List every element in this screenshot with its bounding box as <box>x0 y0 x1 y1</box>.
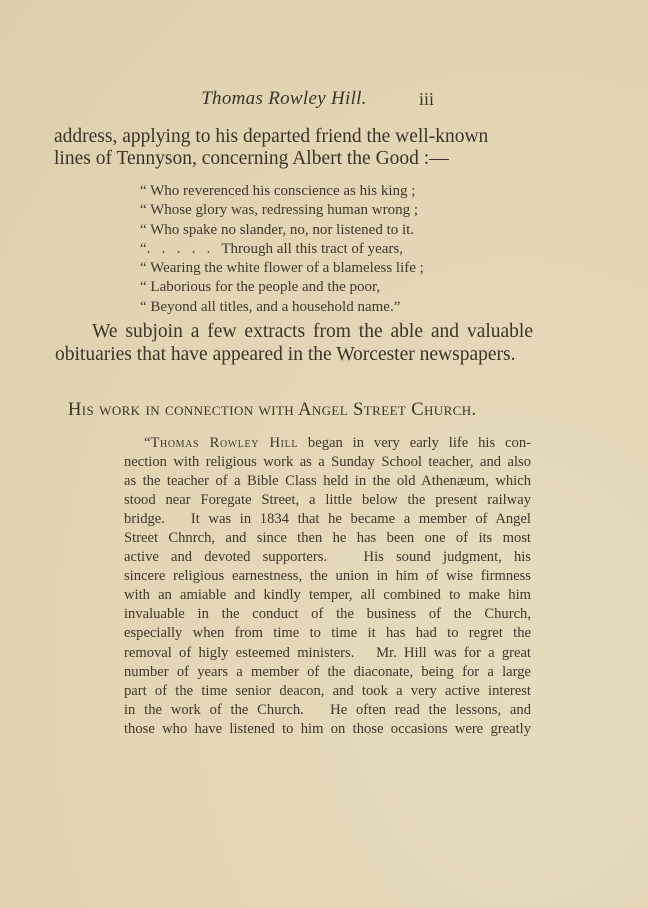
text-line: in the work of the Church. He often read… <box>124 701 531 720</box>
text-line: address, applying to his departed friend… <box>54 126 430 148</box>
text-line: obituaries that have appeared in the Wor… <box>55 343 533 366</box>
poem-line: “ Whose glory was, redressing human wron… <box>140 201 424 220</box>
text-line: those who have listened to him on those … <box>124 720 531 739</box>
running-head: Thomas Rowley Hill. iii <box>0 88 648 112</box>
extracts-intro-paragraph: We subjoin a few extracts from the able … <box>61 320 533 366</box>
text-line: as the teacher of a Bible Class held in … <box>124 472 531 491</box>
tennyson-quotation: “ Who reverenced his conscience as his k… <box>140 182 424 317</box>
text-line: lines of Tennyson, concerning Albert the… <box>54 148 430 170</box>
poem-line: “ Wearing the white flower of a blameles… <box>140 259 424 278</box>
text-line: bridge. It was in 1834 that he became a … <box>124 510 531 529</box>
text-line: number of years a member of the diaconat… <box>124 663 531 682</box>
text-line: Street Chnrch, and since then he has bee… <box>124 529 531 548</box>
text-line: active and devoted supporters. His sound… <box>124 548 531 567</box>
page-number: iii <box>419 89 434 110</box>
book-page: Thomas Rowley Hill. iii address, applyin… <box>0 0 648 908</box>
first-line-text: began in very early life his con- <box>298 435 531 451</box>
text-line: We subjoin a few extracts from the able … <box>61 320 533 343</box>
text-line: sincere religious earnestness, the union… <box>124 567 531 586</box>
obituary-extract: “Thomas Rowley Hill began in very early … <box>124 434 531 739</box>
poem-line: “ Who reverenced his conscience as his k… <box>140 182 424 201</box>
running-title: Thomas Rowley Hill. <box>174 88 394 110</box>
text-line: nection with religious work as a Sunday … <box>124 453 531 472</box>
poem-line: “. . . . . Through all this tract of yea… <box>140 240 424 259</box>
poem-line: “ Beyond all titles, and a household nam… <box>140 298 424 317</box>
subject-name: Thomas Rowley Hill <box>150 435 298 451</box>
text-line: invaluable in the conduct of the busines… <box>124 605 531 624</box>
text-line: with an amiable and kindly temper, all c… <box>124 586 531 605</box>
text-line: part of the time senior deacon, and took… <box>124 682 531 701</box>
lead-paragraph: address, applying to his departed friend… <box>54 126 430 169</box>
poem-line: “ Laborious for the people and the poor, <box>140 278 424 297</box>
poem-line: “ Who spake no slander, no, nor listened… <box>140 221 424 240</box>
text-line: removal of higly esteemed ministers. Mr.… <box>124 644 531 663</box>
text-line: stood near Foregate Street, a little bel… <box>124 491 531 510</box>
section-heading: His work in connection with Angel Street… <box>68 400 477 421</box>
text-line: especially when from time to time it has… <box>124 624 531 643</box>
text-line: “Thomas Rowley Hill began in very early … <box>124 434 531 453</box>
